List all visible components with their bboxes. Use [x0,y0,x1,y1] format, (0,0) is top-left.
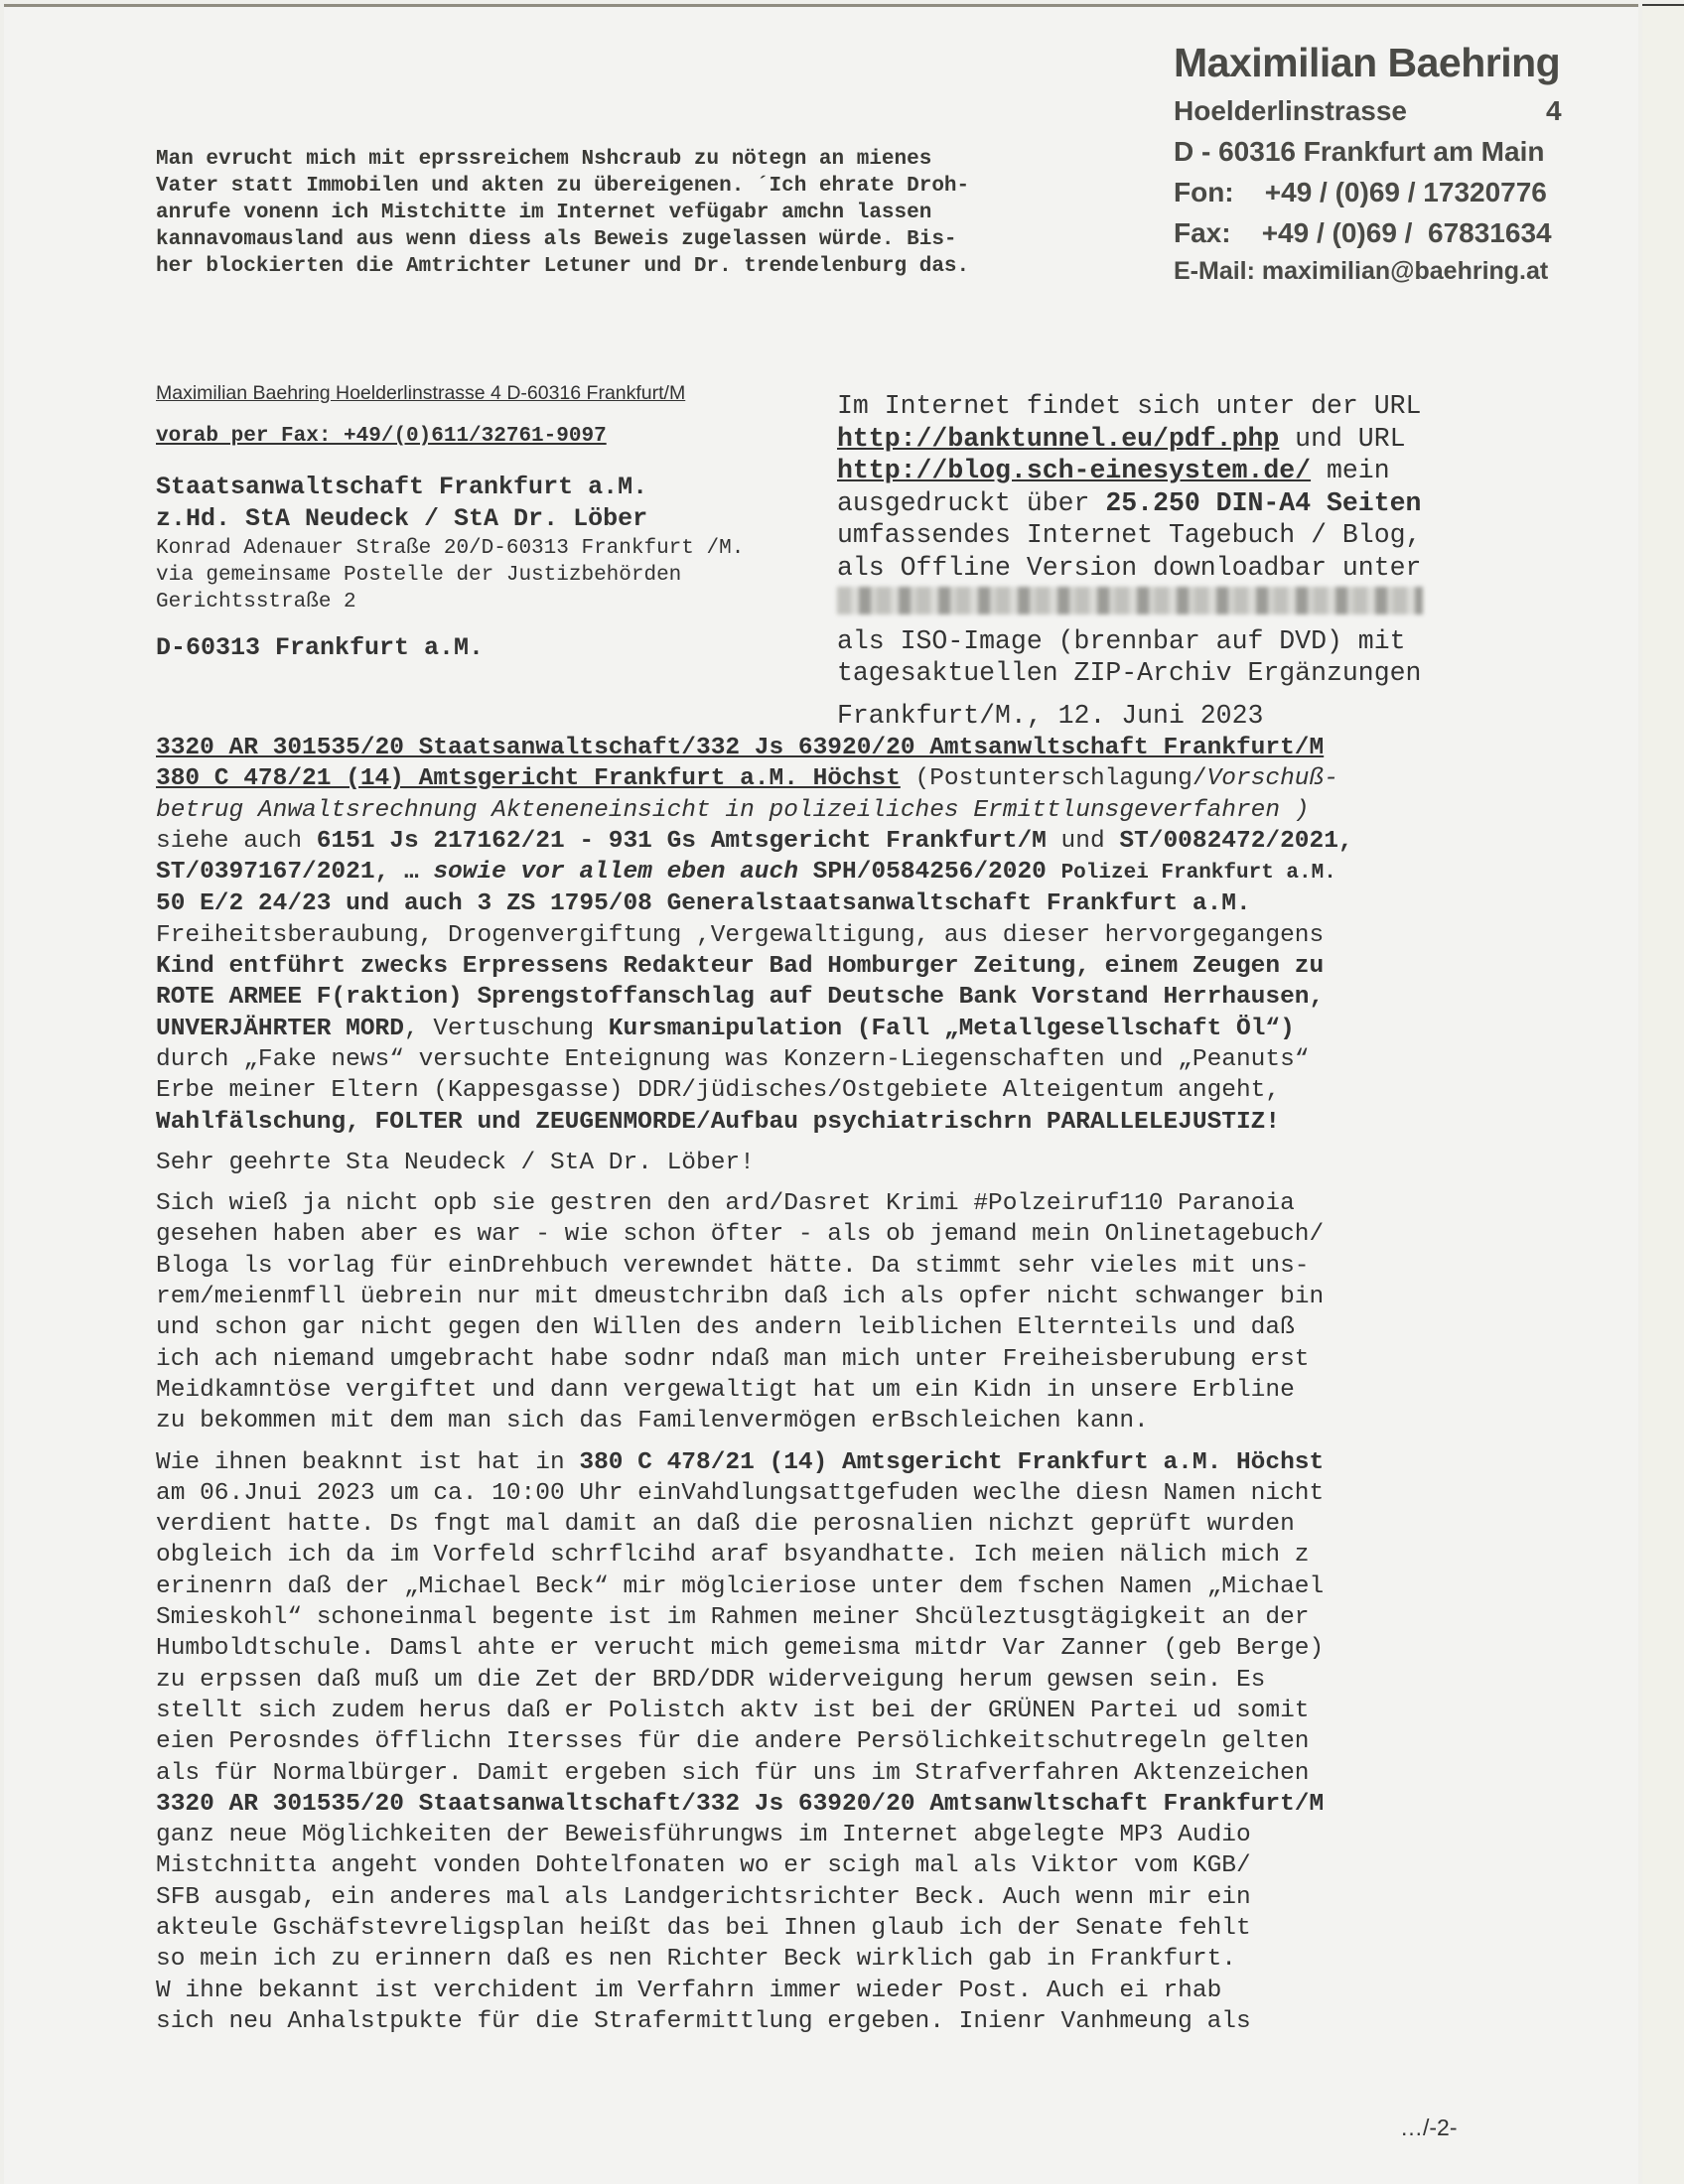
blog-line: als ISO-Image (brennbar auf DVD) mit [837,625,1502,658]
subject-line: betrug Anwaltsrechnung Akteneneinsicht i… [156,795,1486,826]
body-line: rem/meienmfll üebrein nur mit dmeustchri… [156,1282,1486,1312]
case-reference: 3320 AR 301535/20 Staatsanwaltschaft/332… [156,1789,1486,1820]
header-note-line: anrufe vonenn ich Mistchitte im Internet… [156,200,1139,226]
blog-line: http://banktunnel.eu/pdf.php und URL [837,423,1502,456]
body-line: und schon gar nicht gegen den Willen des… [156,1312,1486,1343]
body-line: zu erpssen daß muß um die Zet der BRD/DD… [156,1665,1486,1696]
header-note-line: her blockierten die Amtrichter Letuner u… [156,253,1139,280]
subject-text: (Postunterschlagung/ [901,765,1207,792]
subject-text: sowie vor allem eben auch [433,859,798,886]
phone-number: +49 / (0)69 / 17320776 [1265,177,1547,207]
subject-text: und [1047,828,1120,855]
page-continuation: …/-2- [1400,2115,1458,2141]
letterhead-name: Maximilian Baehring [1174,40,1571,86]
header-note-line: Man evrucht mich mit eprssreichem Nshcra… [156,146,1139,173]
blurred-url [837,584,1502,625]
body-line: eien Perosndes öfflichn Itersses für die… [156,1726,1486,1757]
subject-line: durch „Fake news“ versuchte Enteignung w… [156,1044,1486,1075]
body-line: akteule Gschäfstevreligsplan heißt das b… [156,1913,1486,1944]
recipient-address: Staatsanwaltschaft Frankfurt a.M. z.Hd. … [156,472,811,662]
body-line: Smieskohl“ schoneinmal begente ist im Ra… [156,1602,1486,1633]
blog-line: ausgedruckt über 25.250 DIN-A4 Seiten [837,487,1502,520]
letterhead-phone: Fon: +49 / (0)69 / 17320776 [1174,172,1571,212]
blog-info-box: Im Internet findet sich unter der URL ht… [837,390,1502,732]
subject-text: Polizei Frankfurt a.M. [1061,862,1336,885]
blog-line: umfassendes Internet Tagebuch / Blog, [837,519,1502,552]
letterhead-city: D - 60316 Frankfurt am Main [1174,131,1571,172]
subject-line: Kind entführt zwecks Erpressens Redakteu… [156,951,1486,982]
redacted-link [837,587,1423,614]
body-line: ich ach niemand umgebracht habe sodnr nd… [156,1344,1486,1375]
case-reference: 3320 AR 301535/20 Staatsanwaltschaft/332… [156,733,1486,763]
fax-notice: vorab per Fax: +49/(0)611/32761-9097 [156,425,607,448]
subject-line: ROTE ARMEE F(raktion) Sprengstoffanschla… [156,982,1486,1013]
body-text: Wie ihnen beaknnt ist hat in [156,1449,579,1476]
body-line: so mein ich zu erinnern daß es nen Richt… [156,1944,1486,1975]
case-reference: ST/0082472/2021, [1119,828,1352,855]
case-reference: SPH/0584256/2020 [798,859,1061,886]
case-reference: 6151 Js 217162/21 - 931 Gs Amtsgericht F… [317,828,1047,855]
case-reference: 380 C 478/21 (14) Amtsgericht Frankfurt … [156,765,901,792]
subject-line: siehe auch 6151 Js 217162/21 - 931 Gs Am… [156,826,1486,857]
subject-text: , Vertuschung [404,1016,609,1042]
body-line: zu bekommen mit dem man sich das Familen… [156,1406,1486,1436]
house-number: 4 [1546,95,1562,126]
subject-text: Vorschuß- [1207,765,1338,792]
street: Hoelderlinstrasse [1174,95,1407,126]
subject-line: Wahlfälschung, FOLTER und ZEUGENMORDE/Au… [156,1107,1486,1138]
subject-text: UNVERJÄHRTER MORD [156,1016,404,1042]
letterhead-email: E-Mail: maximilian@baehring.at [1174,253,1571,289]
body-line: Bloga ls vorlag für einDrehbuch verewnde… [156,1251,1486,1282]
subject-line: 50 E/2 24/23 und auch 3 ZS 1795/08 Gener… [156,888,1486,919]
case-reference: ST/0397167/2021, … [156,859,433,886]
url-link-banktunnel[interactable]: http://banktunnel.eu/pdf.php [837,424,1279,454]
body-line: gesehen haben aber es war - wie schon öf… [156,1219,1486,1250]
page-count: 25.250 DIN-A4 Seiten [1105,488,1421,518]
scan-edge-strip [1642,6,1684,2184]
blog-text: ausgedruckt über [837,488,1105,518]
body-line: Meidkamntöse vergiftet und dann vergewal… [156,1375,1486,1406]
letterhead-street: Hoelderlinstrasse4 [1174,90,1571,131]
body-line: W ihne bekannt ist verchident im Verfahr… [156,1976,1486,2006]
sender-return-address: Maximilian Baehring Hoelderlinstrasse 4 … [156,382,685,405]
body-line: am 06.Jnui 2023 um ca. 10:00 Uhr einVahd… [156,1478,1486,1509]
letter-body: 3320 AR 301535/20 Staatsanwaltschaft/332… [156,733,1486,2037]
recipient-attn: z.Hd. StA Neudeck / StA Dr. Löber [156,503,811,535]
recipient-org: Staatsanwaltschaft Frankfurt a.M. [156,472,811,503]
header-note-line: Vater statt Immobilen und akten zu übere… [156,173,1139,200]
subject-line: Freiheitsberaubung, Drogenvergiftung ,Ve… [156,920,1486,951]
body-line: SFB ausgab, ein anderes mal als Landgeri… [156,1882,1486,1913]
salutation: Sehr geehrte Sta Neudeck / StA Dr. Löber… [156,1148,1486,1178]
phone-label: Fon: [1174,177,1234,207]
body-line: erinenrn daß der „Michael Beck“ mir mögl… [156,1571,1486,1602]
case-reference: 380 C 478/21 (14) Amtsgericht Frankfurt … [579,1449,1324,1476]
body-line: obgleich ich da im Vorfeld schrflcihd ar… [156,1540,1486,1570]
header-note-line: kannavomausland aus wenn diess als Bewei… [156,226,1139,253]
subject-line: Erbe meiner Eltern (Kappesgasse) DDR/jüd… [156,1075,1486,1106]
letterhead-fax: Fax: +49 / (0)69 / 67831634 [1174,212,1571,253]
fax-label: Fax: [1174,217,1231,248]
blog-text: und URL [1279,424,1405,454]
subject-text: Kursmanipulation (Fall „Metallgesellscha… [609,1016,1295,1042]
letter-date: Frankfurt/M., 12. Juni 2023 [837,700,1502,733]
body-line: Mistchnitta angeht vonden Dohtelfonaten … [156,1850,1486,1881]
subject-line: UNVERJÄHRTER MORD, Vertuschung Kursmanip… [156,1014,1486,1044]
subject-text: siehe auch [156,828,317,855]
blog-line: tagesaktuellen ZIP-Archiv Ergänzungen [837,657,1502,690]
recipient-address-line: Konrad Adenauer Straße 20/D-60313 Frankf… [156,535,811,562]
blog-line: Im Internet findet sich unter der URL [837,390,1502,423]
recipient-address-line: Gerichtsstraße 2 [156,589,811,615]
blog-line: http://blog.sch-einesystem.de/ mein [837,455,1502,487]
body-line: als für Normalbürger. Damit ergeben sich… [156,1758,1486,1789]
body-line: sich neu Anhalstpukte für die Strafermit… [156,2006,1486,2037]
subject-line: 380 C 478/21 (14) Amtsgericht Frankfurt … [156,763,1486,794]
recipient-address-line: via gemeinsame Postelle der Justizbehörd… [156,562,811,589]
body-line: Wie ihnen beaknnt ist hat in 380 C 478/2… [156,1447,1486,1478]
body-line: ganz neue Möglichkeiten der Beweisführun… [156,1820,1486,1850]
body-line: Sich wieß ja nicht opb sie gestren den a… [156,1188,1486,1219]
url-link-blog[interactable]: http://blog.sch-einesystem.de/ [837,456,1311,485]
blog-text: mein [1311,456,1390,485]
recipient-city: D-60313 Frankfurt a.M. [156,633,811,662]
body-line: stellt sich zudem herus daß er Polistch … [156,1696,1486,1726]
header-note: Man evrucht mich mit eprssreichem Nshcra… [156,146,1139,280]
letterhead: Maximilian Baehring Hoelderlinstrasse4 D… [1174,40,1571,289]
body-line: verdient hatte. Ds fngt mal damit an daß… [156,1509,1486,1540]
fax-number: +49 / (0)69 / 67831634 [1262,217,1552,248]
subject-line: ST/0397167/2021, … sowie vor allem eben … [156,857,1486,888]
blog-line: als Offline Version downloadbar unter [837,552,1502,585]
body-line: Humboldtschule. Damsl ahte er verucht mi… [156,1633,1486,1664]
